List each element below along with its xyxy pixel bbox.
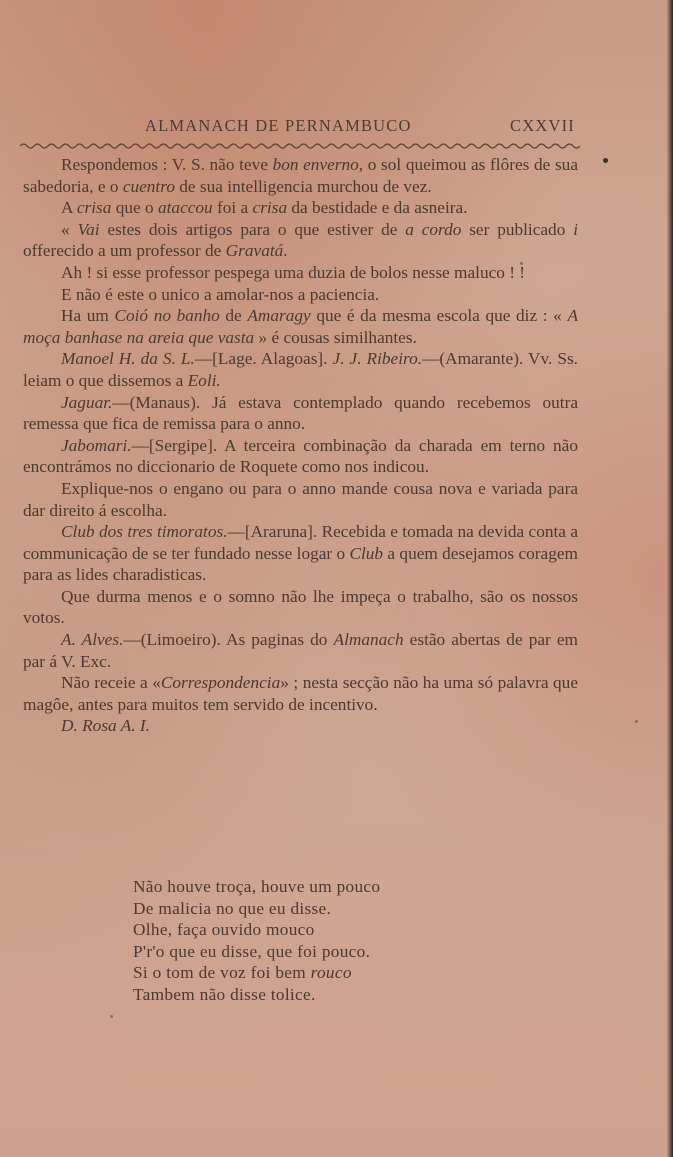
italic-text-run: Jaguar. (61, 393, 112, 412)
poem-line: De malicia no que eu disse. (133, 898, 533, 920)
italic-text-run: i (573, 220, 578, 239)
paragraph: Não receie a «Correspondencia» ; nesta s… (23, 672, 578, 715)
text-run: —[Lage. Alagoas]. (195, 349, 333, 368)
paragraph: « Vai estes dois artigos para o que esti… (23, 219, 578, 262)
header-title: ALMANACH DE PERNAMBUCO (145, 116, 412, 136)
correspondence-section-body: Respondemos : V. S. não teve bon enverno… (23, 154, 578, 737)
italic-text-run: Almanach (334, 630, 404, 649)
italic-text-run: A. Alves. (61, 630, 123, 649)
paragraph: Que durma menos e o somno não lhe impeça… (23, 586, 578, 629)
text-run: que é da mesma escola que diz : « (311, 306, 568, 325)
text-run: ser publicado (461, 220, 573, 239)
italic-text-run: Eoli. (188, 371, 221, 390)
italic-text-run: Manoel H. da S. L. (61, 349, 195, 368)
paragraph: Club dos tres timoratos.—[Araruna]. Rece… (23, 521, 578, 586)
text-run: de sua intelligencia murchou de vez. (175, 177, 432, 196)
paragraph: E não é este o unico a amolar-nos a paci… (23, 284, 578, 306)
text-run: —(Limoeiro). As paginas do (123, 630, 333, 649)
text-run: offerecido a um professor de (23, 241, 226, 260)
paragraph: A. Alves.—(Limoeiro). As paginas do Alma… (23, 629, 578, 672)
text-run: . (283, 241, 287, 260)
italic-text-run: a cordo (405, 220, 461, 239)
text-run: Si o tom de voz foi bem (133, 963, 311, 982)
paragraph: Explique-nos o engano ou para o anno man… (23, 478, 578, 521)
page-number: CXXVII (510, 116, 575, 136)
text-run: De malicia no que eu disse. (133, 899, 331, 918)
italic-text-run: crisa (253, 198, 288, 217)
paragraph: Jaguar.—(Manaus). Já estava contemplado … (23, 392, 578, 435)
scanned-page: ALMANACH DE PERNAMBUCO CXXVII Respondemo… (0, 0, 673, 1157)
text-run: Ha um (61, 306, 114, 325)
text-run: Ah ! si esse professor pespega uma duzia… (61, 263, 525, 282)
text-run: Que durma menos e o somno não lhe impeça… (23, 587, 578, 628)
paper-speck (635, 720, 638, 723)
italic-text-run: bon enverno (273, 155, 359, 174)
paragraph: Ah ! si esse professor pespega uma duzia… (23, 262, 578, 284)
poem-line: Si o tom de voz foi bem rouco (133, 962, 533, 984)
italic-text-run: Correspondencia (161, 673, 280, 692)
italic-text-run: cuentro (123, 177, 175, 196)
text-run: foi a (213, 198, 253, 217)
text-run: « (61, 220, 77, 239)
italic-text-run: Jabomari. (61, 436, 132, 455)
italic-text-run: Gravatá (226, 241, 284, 260)
text-run: de (220, 306, 248, 325)
italic-text-run: Club dos tres timoratos. (61, 522, 228, 541)
paragraph: D. Rosa A. I. (23, 715, 578, 737)
text-run: » é cousas similhantes. (254, 328, 417, 347)
text-run: Não houve troça, houve um pouco (133, 877, 380, 896)
text-run: Tambem não disse tolice. (133, 985, 316, 1004)
paragraph: Ha um Coió no banho de Amaragy que é da … (23, 305, 578, 348)
italic-text-run: D. Rosa A. I. (61, 716, 150, 735)
text-run: estes dois artigos para o que estiver de (100, 220, 406, 239)
running-header: ALMANACH DE PERNAMBUCO CXXVII (145, 116, 575, 136)
text-run: Explique-nos o engano ou para o anno man… (23, 479, 578, 520)
poem-line: Tambem não disse tolice. (133, 984, 533, 1006)
poem-line: P'r'o que eu disse, que foi pouco. (133, 941, 533, 963)
italic-text-run: Amaragy (247, 306, 310, 325)
paragraph: A crisa que o ataccou foi a crisa da bes… (23, 197, 578, 219)
page-edge-shadow (667, 0, 673, 1157)
paper-speck (110, 1015, 113, 1018)
poem-line: Olhe, faça ouvido mouco (133, 919, 533, 941)
italic-text-run: J. J. Ribeiro. (333, 349, 423, 368)
text-run: Respondemos : V. S. não teve (61, 155, 273, 174)
paragraph: Respondemos : V. S. não teve bon enverno… (23, 154, 578, 197)
closing-poem: Não houve troça, houve um poucoDe malici… (133, 876, 533, 1006)
wavy-rule-divider (20, 142, 580, 150)
text-run: A (61, 198, 77, 217)
italic-text-run: rouco (311, 963, 352, 982)
italic-text-run: Coió no banho (114, 306, 219, 325)
italic-text-run: crisa (77, 198, 112, 217)
text-run: que o (111, 198, 158, 217)
ink-dot-mark (603, 158, 608, 163)
poem-line: Não houve troça, houve um pouco (133, 876, 533, 898)
text-run: da bestidade e da asneira. (287, 198, 467, 217)
italic-text-run: Club (349, 544, 383, 563)
text-run: E não é este o unico a amolar-nos a paci… (61, 285, 379, 304)
paragraph: Jabomari.—[Sergipe]. A terceira combinaç… (23, 435, 578, 478)
text-run: Não receie a « (61, 673, 161, 692)
text-run: P'r'o que eu disse, que foi pouco. (133, 942, 370, 961)
italic-text-run: Vai (77, 220, 99, 239)
text-run: Olhe, faça ouvido mouco (133, 920, 315, 939)
paragraph: Manoel H. da S. L.—[Lage. Alagoas]. J. J… (23, 348, 578, 391)
italic-text-run: ataccou (158, 198, 213, 217)
